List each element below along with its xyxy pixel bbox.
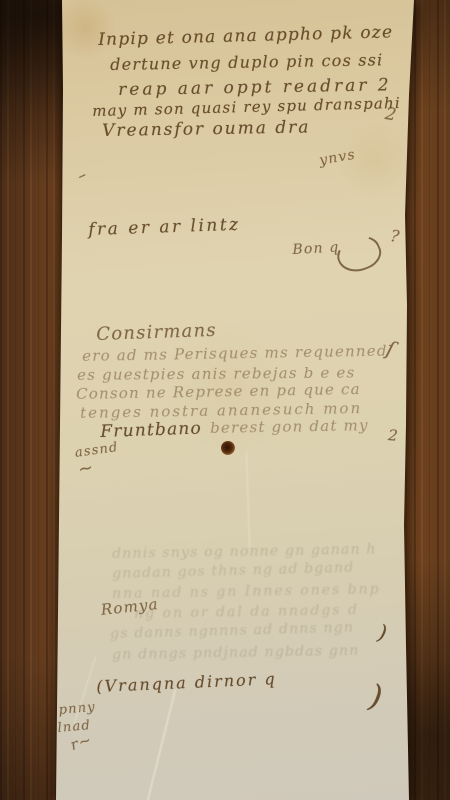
- faded-line: Conson ne Represe en pa que ca: [76, 380, 361, 403]
- header-line: Vreansfor ouma dra: [102, 117, 311, 141]
- entry-line: (Vranqna dirnor q: [96, 669, 277, 696]
- margin-annotation: ynvs: [318, 147, 357, 169]
- paper-crease: [146, 690, 176, 800]
- margin-annotation: Romya: [100, 595, 160, 619]
- margin-annotation: Bon q: [292, 240, 340, 258]
- section-heading: Consirmans: [96, 320, 217, 345]
- bleedthrough-line: nna nad ns gn Innes ones bnp: [112, 581, 381, 602]
- paper-crease: [245, 452, 250, 547]
- right-margin-mark: ſ: [384, 336, 399, 361]
- right-margin-mark: ): [367, 678, 386, 716]
- header-line: may m son quasi rey spu dranspahi: [92, 94, 401, 120]
- margin-note: r~: [68, 730, 95, 754]
- bleedthrough-line: gn dnngs pndjnad ngbdas gnn: [112, 643, 360, 663]
- margin-note-flourish: ~: [76, 457, 96, 481]
- faded-line: es guestpies anis rebejas b e es: [77, 364, 356, 384]
- ink-spot: [221, 441, 235, 455]
- right-margin-mark: ): [376, 620, 390, 645]
- entry-line-continuation: berest gon dat my: [210, 416, 369, 437]
- bleedthrough-line: gs danns ngnnns ad dnns ngn: [110, 620, 354, 642]
- header-line: dertune vng duplo pin cos ssi: [110, 50, 384, 74]
- faded-line: tenges nostra ananesuch mon: [80, 399, 362, 422]
- right-margin-mark: ?: [389, 226, 401, 246]
- manuscript-paper: Inpip et ona ana appho pk oze dertune vn…: [0, 0, 450, 800]
- manuscript-photo: Inpip et ona ana appho pk oze dertune vn…: [0, 0, 450, 800]
- bleedthrough-line: ng on or dal da nnadgs d: [134, 602, 359, 622]
- paper-crease: [73, 656, 96, 723]
- bleedthrough-line: gnadan gos thns ng ad bgand: [112, 560, 355, 582]
- header-line: Inpip et ona ana appho pk oze: [98, 22, 393, 50]
- entry-line: fra er ar lintz: [88, 215, 241, 240]
- right-margin-mark: 2: [387, 426, 399, 445]
- bleedthrough-line: dnnis snys og nonne gn ganan h: [112, 541, 377, 562]
- left-edge-pen-mark: –: [74, 164, 90, 185]
- header-line: reap aar oppt readrar 2: [118, 75, 392, 100]
- right-margin-mark: 2: [384, 104, 399, 126]
- entry-line: Fruntbano: [100, 418, 202, 442]
- faded-line: ero ad ms Perisques ms requenned: [82, 342, 388, 365]
- flourish-loop: [332, 230, 386, 279]
- margin-note: assnd: [74, 440, 119, 461]
- paper-wrapper: Inpip et ona ana appho pk oze dertune vn…: [0, 0, 450, 800]
